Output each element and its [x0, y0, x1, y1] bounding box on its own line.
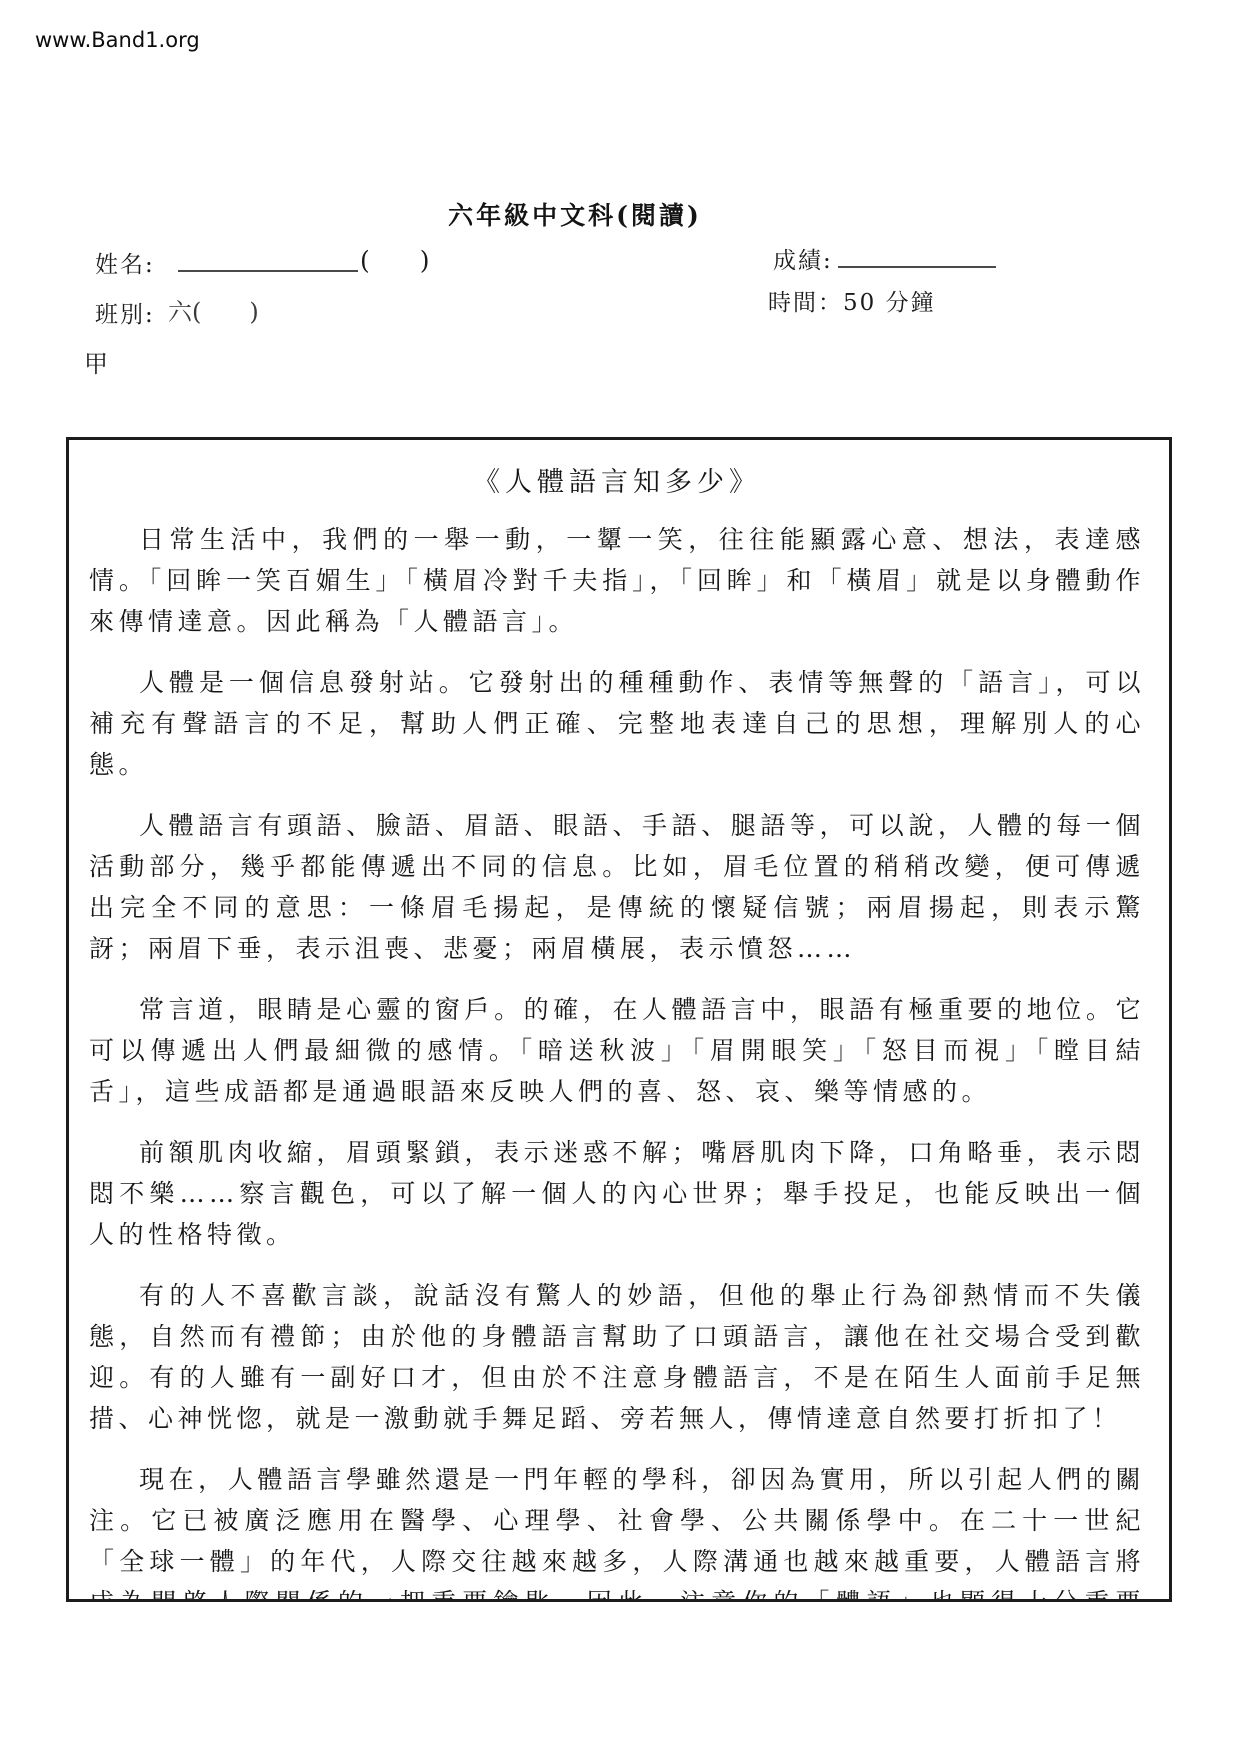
section-a-label: 甲	[84, 344, 110, 379]
scanned-exam-page: www.Band1.org 六年級中文科(閱讀) 姓名: ( ) 成績: 班別:…	[0, 0, 1240, 1754]
passage-paragraph: 有的人不喜歡言談，說話沒有驚人的妙語，但他的舉止行為卻熱情而不失儀態，自然而有禮…	[89, 1275, 1145, 1439]
name-label: 姓名:	[95, 246, 155, 279]
exam-title: 六年級中文科(閱讀)	[0, 196, 1150, 232]
time-label: 時間：50 分鐘	[768, 284, 936, 317]
name-blank-line	[178, 244, 358, 272]
name-class-number-paren: ( )	[360, 241, 430, 277]
passage-paragraph: 前額肌肉收縮，眉頭緊鎖，表示迷惑不解；嘴唇肌肉下降，口角略垂，表示悶悶不樂……察…	[89, 1132, 1145, 1255]
passage-paragraph: 常言道，眼睛是心靈的窗戶。的確，在人體語言中，眼語有極重要的地位。它可以傳遞出人…	[89, 989, 1145, 1112]
passage-paragraph: 人體是一個信息發射站。它發射出的種種動作、表情等無聲的「語言」，可以補充有聲語言…	[89, 662, 1145, 785]
passage-paragraph: 人體語言有頭語、臉語、眉語、眼語、手語、腿語等，可以說，人體的每一個活動部分，幾…	[89, 805, 1145, 969]
passage-paragraph: 日常生活中，我們的一舉一動，一顰一笑，往往能顯露心意、想法，表達感情。「回眸一笑…	[89, 519, 1145, 642]
passage-title: 《人體語言知多少》	[89, 460, 1145, 499]
class-value: 六( )	[168, 292, 259, 327]
passage-paragraph: 現在，人體語言學雖然還是一門年輕的學科，卻因為實用，所以引起人們的關注。它已被廣…	[89, 1459, 1145, 1602]
class-label: 班別:	[95, 296, 155, 329]
reading-passage: 《人體語言知多少》 日常生活中，我們的一舉一動，一顰一笑，往往能顯露心意、想法，…	[69, 440, 1169, 1602]
site-watermark: www.Band1.org	[35, 28, 200, 52]
reading-passage-box: 《人體語言知多少》 日常生活中，我們的一舉一動，一顰一笑，往往能顯露心意、想法，…	[66, 437, 1172, 1602]
score-label: 成績:	[773, 242, 833, 275]
score-blank-line	[838, 240, 996, 268]
